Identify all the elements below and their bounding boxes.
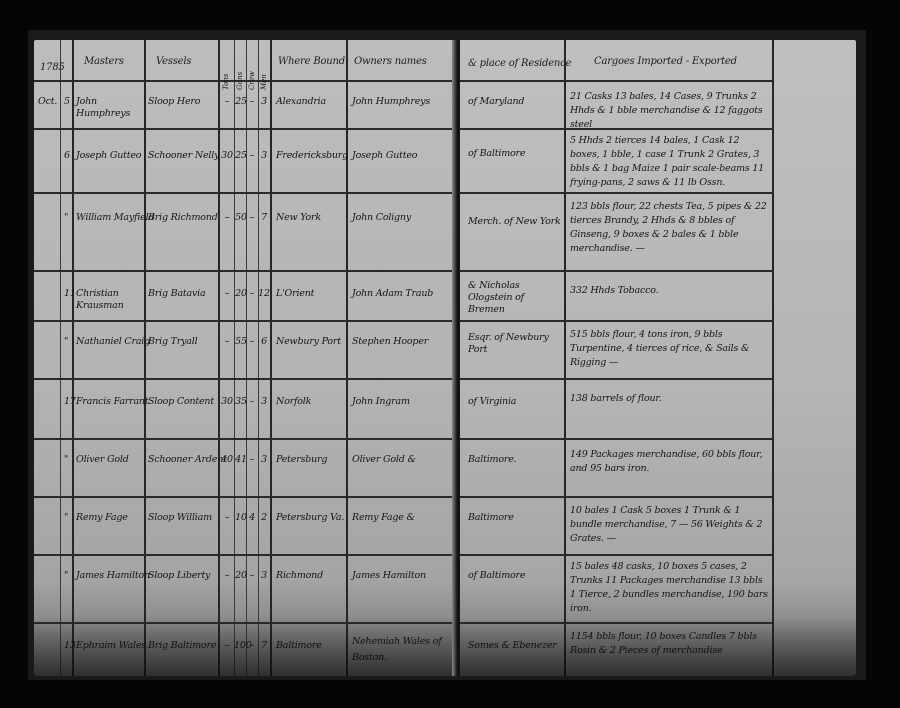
- row-month: Oct.: [38, 96, 57, 108]
- header-year: 1785: [40, 62, 65, 74]
- row-n1: 30: [220, 150, 234, 162]
- row-master: Nathaniel Craig: [76, 336, 150, 348]
- row-n1: –: [220, 96, 234, 108]
- rule: [460, 192, 772, 194]
- row-n4: 3: [258, 454, 270, 466]
- header-col-a: Tons: [222, 54, 230, 90]
- row-n3: –: [246, 96, 258, 108]
- row-n1: –: [220, 212, 234, 224]
- row-n1: 30: [220, 396, 234, 408]
- row-n1: –: [220, 512, 234, 524]
- rule: [270, 40, 272, 676]
- row-owner: Joseph Gutteo: [352, 150, 417, 162]
- row-bound: L'Orient: [276, 288, 314, 300]
- row-n1: –: [220, 336, 234, 348]
- row-bound: New York: [276, 212, 321, 224]
- rule: [60, 40, 61, 676]
- rule: [34, 438, 458, 440]
- row-day: 17: [64, 396, 76, 408]
- row-residence: of Maryland: [468, 96, 524, 108]
- row-residence: Baltimore: [468, 512, 514, 524]
- rule: [460, 320, 772, 322]
- row-owner: John Humphreys: [352, 96, 430, 108]
- row-master: Remy Fage: [76, 512, 128, 524]
- row-cargo: 138 barrels of flour.: [570, 392, 770, 406]
- row-n3: –: [246, 150, 258, 162]
- row-owner: Nehemiah Wales of Boston.: [352, 634, 452, 666]
- rule: [34, 622, 458, 624]
- row-owner: John Adam Traub: [352, 288, 433, 300]
- row-day: ": [64, 570, 68, 582]
- row-cargo: 515 bbls flour, 4 tons iron, 9 bbls Turp…: [570, 328, 770, 370]
- scanned-ledger: 1785 Masters Vessels Tons Guns Crew Men …: [0, 0, 900, 708]
- row-n3: –: [246, 212, 258, 224]
- row-bound: Petersburg: [276, 454, 327, 466]
- rule: [460, 622, 772, 624]
- header-masters: Masters: [84, 56, 124, 68]
- header-col-c: Crew: [248, 54, 256, 90]
- row-day: 11: [64, 288, 76, 300]
- row-residence: of Virginia: [468, 396, 516, 408]
- rule: [772, 40, 774, 676]
- row-bound: Petersburg Va.: [276, 512, 344, 524]
- row-n3: –: [246, 336, 258, 348]
- rule: [34, 378, 458, 380]
- rule: [34, 270, 458, 272]
- row-cargo: 10 bales 1 Cask 5 boxes 1 Trunk & 1 bund…: [570, 504, 770, 546]
- rule: [460, 554, 772, 556]
- rule: [564, 40, 566, 676]
- right-page: & place of Residence Cargoes Imported - …: [460, 40, 856, 676]
- row-vessel: Brig Richmond: [148, 212, 218, 224]
- open-register-book: 1785 Masters Vessels Tons Guns Crew Men …: [28, 30, 866, 680]
- row-n4: 12: [258, 288, 270, 300]
- row-vessel: Schooner Ardent: [148, 454, 227, 466]
- row-residence: of Baltimore: [468, 148, 525, 160]
- row-vessel: Sloop Liberty: [148, 570, 210, 582]
- rule: [34, 496, 458, 498]
- rule: [460, 270, 772, 272]
- row-master: James Hamilton: [76, 570, 150, 582]
- row-cargo: 332 Hhds Tobacco.: [570, 284, 770, 298]
- rule: [346, 40, 348, 676]
- rule: [460, 438, 772, 440]
- rule: [460, 378, 772, 380]
- row-n3: –: [246, 640, 258, 652]
- header-cargoes: Cargoes Imported - Exported: [594, 56, 737, 68]
- header-vessels: Vessels: [156, 56, 191, 68]
- row-vessel: Sloop William: [148, 512, 212, 524]
- row-residence: of Baltimore: [468, 570, 525, 582]
- header-residence: & place of Residence: [468, 58, 571, 70]
- row-owner: James Hamilton: [352, 570, 426, 582]
- row-master: Oliver Gold: [76, 454, 129, 466]
- row-day: 6: [64, 150, 70, 162]
- row-vessel: Sloop Content: [148, 396, 214, 408]
- row-master: Joseph Gutteo: [76, 150, 141, 162]
- row-n3: –: [246, 454, 258, 466]
- row-n1: 40: [220, 454, 234, 466]
- row-vessel: Brig Baltimore: [148, 640, 216, 652]
- row-residence: Esqr. of Newbury Port: [468, 332, 562, 356]
- row-vessel: Schooner Nelly: [148, 150, 219, 162]
- row-n4: 3: [258, 570, 270, 582]
- rule: [34, 192, 458, 194]
- row-day: ": [64, 336, 68, 348]
- rule: [72, 40, 74, 676]
- row-bound: Baltimore: [276, 640, 322, 652]
- header-owners-names: Owners names: [354, 56, 427, 68]
- row-n4: 3: [258, 396, 270, 408]
- row-master: John Humphreys: [76, 96, 142, 120]
- rule: [34, 320, 458, 322]
- row-n3: –: [246, 570, 258, 582]
- rule: [460, 80, 772, 82]
- row-vessel: Brig Batavia: [148, 288, 205, 300]
- row-n1: –: [220, 570, 234, 582]
- row-residence: & Nicholas Ologstein of Bremen: [468, 280, 562, 316]
- rule: [34, 128, 458, 130]
- row-n1: –: [220, 640, 234, 652]
- row-cargo: 15 bales 48 casks, 10 boxes 5 cases, 2 T…: [570, 560, 770, 616]
- row-master: Christian Krausman: [76, 288, 142, 312]
- row-n3: –: [246, 396, 258, 408]
- row-residence: Somes & Ebenezer: [468, 640, 557, 652]
- row-cargo: 5 Hhds 2 tierces 14 bales, 1 Cask 12 box…: [570, 134, 770, 190]
- row-owner: John Coligny: [352, 212, 411, 224]
- header-col-b: Guns: [236, 54, 244, 90]
- row-n4: 2: [258, 512, 270, 524]
- row-bound: Norfolk: [276, 396, 311, 408]
- left-page: 1785 Masters Vessels Tons Guns Crew Men …: [34, 40, 458, 676]
- row-owner: Oliver Gold &: [352, 454, 416, 466]
- row-day: ": [64, 454, 68, 466]
- row-master: Ephraim Wales: [76, 640, 146, 652]
- row-n1: –: [220, 288, 234, 300]
- row-vessel: Brig Tryall: [148, 336, 197, 348]
- row-master: William Mayfield: [76, 212, 154, 224]
- row-cargo: 1154 bbls flour, 10 boxes Candles 7 bbls…: [570, 630, 770, 658]
- row-n3: –: [246, 288, 258, 300]
- row-owner: John Ingram: [352, 396, 410, 408]
- row-n4: 7: [258, 640, 270, 652]
- row-bound: Richmond: [276, 570, 323, 582]
- row-residence: Baltimore.: [468, 454, 516, 466]
- row-cargo: 149 Packages merchandise, 60 bbls flour,…: [570, 448, 770, 476]
- row-n4: 6: [258, 336, 270, 348]
- header-where-bound: Where Bound: [278, 56, 345, 68]
- row-day: ": [64, 212, 68, 224]
- rule: [460, 496, 772, 498]
- rule: [34, 554, 458, 556]
- row-n3: 4: [246, 512, 258, 524]
- row-bound: Alexandria: [276, 96, 326, 108]
- row-master: Francis Farrant: [76, 396, 148, 408]
- row-vessel: Sloop Hero: [148, 96, 200, 108]
- row-n4: 3: [258, 96, 270, 108]
- row-residence: Merch. of New York: [468, 216, 562, 228]
- row-owner: Remy Fage &: [352, 512, 415, 524]
- rule: [34, 80, 458, 82]
- header-col-d: Men: [260, 54, 268, 90]
- row-owner: Stephen Hooper: [352, 336, 428, 348]
- row-day: ": [64, 512, 68, 524]
- row-n4: 3: [258, 150, 270, 162]
- row-day: 13: [64, 640, 76, 652]
- row-day: 5: [64, 96, 70, 108]
- row-n4: 7: [258, 212, 270, 224]
- row-bound: Newbury Port: [276, 336, 341, 348]
- row-cargo: 21 Casks 13 bales, 14 Cases, 9 Trunks 2 …: [570, 90, 770, 132]
- row-bound: Fredericksburg: [276, 150, 348, 162]
- row-cargo: 123 bbls flour, 22 chests Tea, 5 pipes &…: [570, 200, 770, 256]
